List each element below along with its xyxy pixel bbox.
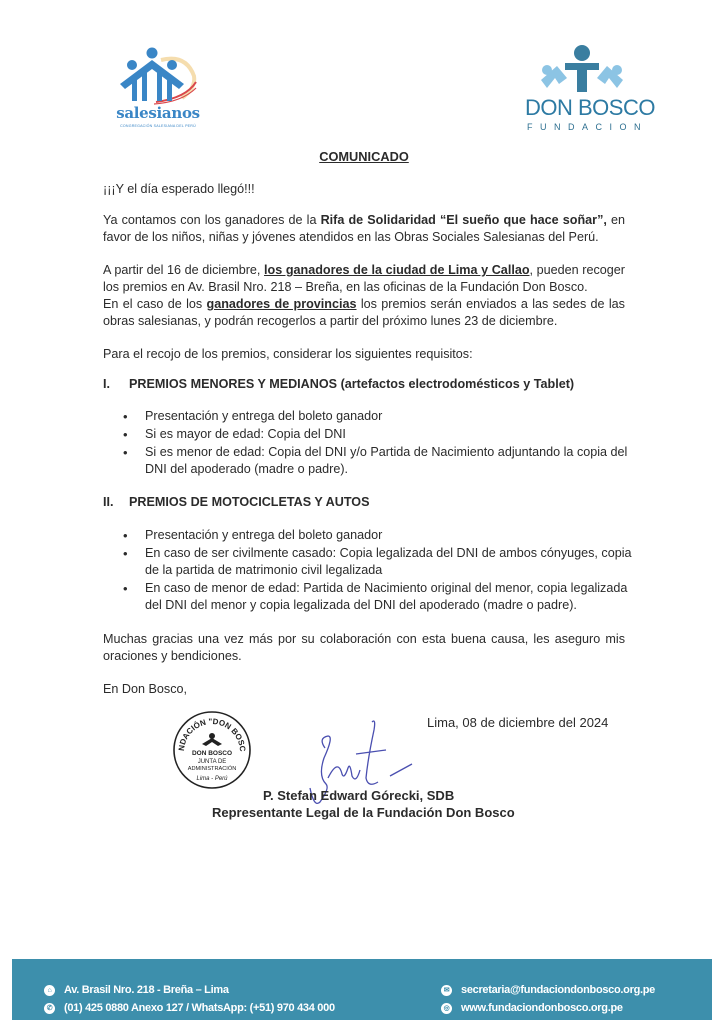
- footer-web[interactable]: ◎ www.fundaciondonbosco.org.pe: [441, 1002, 623, 1014]
- svg-text:FUNDACIÓN "DON BOSCO": FUNDACIÓN "DON BOSCO": [172, 710, 247, 752]
- don-bosco-logo-subtitle: FUNDACION: [527, 122, 639, 132]
- list-item: Si es menor de edad: Copia del DNI y/o P…: [123, 444, 633, 478]
- list-item: Presentación y entrega del boleto ganado…: [123, 408, 633, 425]
- signer-name: P. Stefan Edward Górecki, SDB: [263, 788, 454, 803]
- footer-address: ⌂ Av. Brasil Nro. 218 - Breña – Lima: [44, 984, 229, 996]
- list-item: Presentación y entrega del boleto ganado…: [123, 527, 633, 544]
- section-1-heading: I.PREMIOS MENORES Y MEDIANOS (artefactos…: [103, 376, 643, 393]
- raffle-name: Rifa de Solidaridad “El sueño que hace s…: [321, 213, 607, 227]
- section-2-heading: II.PREMIOS DE MOTOCICLETAS Y AUTOS: [103, 494, 643, 511]
- globe-icon: ◎: [441, 1003, 452, 1014]
- don-bosco-logo-text: DON BOSCO: [525, 95, 640, 121]
- provinces-winners-highlight: ganadores de provincias: [207, 297, 357, 311]
- salesianos-logo-text: salesianos: [108, 104, 208, 122]
- address-text: Av. Brasil Nro. 218 - Breña – Lima: [64, 984, 229, 996]
- footer-contact-bar: ⌂ Av. Brasil Nro. 218 - Breña – Lima ✆ (…: [12, 959, 712, 1020]
- section-number: II.: [103, 494, 129, 511]
- provinces-paragraph: En el caso de los ganadores de provincia…: [103, 296, 625, 330]
- website-link[interactable]: www.fundaciondonbosco.org.pe: [461, 1002, 623, 1014]
- footer-phone: ✆ (01) 425 0880 Anexo 127 / WhatsApp: (+…: [44, 1002, 335, 1014]
- email-link[interactable]: secretaria@fundaciondonbosco.org.pe: [461, 984, 655, 996]
- section-2-list: Presentación y entrega del boleto ganado…: [123, 527, 633, 615]
- svg-text:ADMINISTRACIÓN: ADMINISTRACIÓN: [188, 765, 236, 772]
- closing-paragraph: Muchas gracias una vez más por su colabo…: [103, 631, 625, 665]
- list-item: Si es mayor de edad: Copia del DNI: [123, 426, 633, 443]
- lima-paragraph: A partir del 16 de diciembre, los ganado…: [103, 262, 625, 296]
- intro-text: Ya contamos con los ganadores de la: [103, 213, 321, 227]
- phone-text: (01) 425 0880 Anexo 127 / WhatsApp: (+51…: [64, 1002, 335, 1014]
- list-item: En caso de ser civilmente casado: Copia …: [123, 545, 633, 579]
- don-bosco-logo: DON BOSCO FUNDACION: [525, 44, 640, 134]
- phone-icon: ✆: [44, 1003, 55, 1014]
- salesianos-logo-icon: [116, 46, 200, 106]
- svg-text:JUNTA DE: JUNTA DE: [198, 759, 227, 765]
- lima-winners-highlight: los ganadores de la ciudad de Lima y Cal…: [264, 263, 530, 277]
- requirements-intro: Para el recojo de los premios, considera…: [103, 346, 625, 363]
- lima-text: A partir del 16 de diciembre,: [103, 263, 264, 277]
- home-icon: ⌂: [44, 985, 55, 996]
- mail-icon: ✉: [441, 985, 452, 996]
- section-title: PREMIOS MENORES Y MEDIANOS (artefactos e…: [129, 377, 574, 391]
- section-number: I.: [103, 376, 129, 393]
- don-bosco-logo-icon: [537, 44, 627, 94]
- foundation-stamp-icon: FUNDACIÓN "DON BOSCO" DON BOSCO JUNTA DE…: [172, 710, 252, 790]
- svg-text:DON BOSCO: DON BOSCO: [192, 750, 232, 757]
- section-title: PREMIOS DE MOTOCICLETAS Y AUTOS: [129, 495, 369, 509]
- intro-paragraph: Ya contamos con los ganadores de la Rifa…: [103, 212, 625, 246]
- place-date: Lima, 08 de diciembre del 2024: [427, 715, 608, 730]
- svg-text:Lima - Perú: Lima - Perú: [196, 776, 228, 782]
- greeting: ¡¡¡Y el día esperado llegó!!!: [103, 181, 625, 198]
- salesianos-logo-subtitle: CONGREGACIÓN SALESIANA DEL PERÚ: [116, 124, 200, 128]
- section-1-list: Presentación y entrega del boleto ganado…: [123, 408, 633, 479]
- list-item: En caso de menor de edad: Partida de Nac…: [123, 580, 633, 614]
- signer-role: Representante Legal de la Fundación Don …: [212, 805, 515, 820]
- provinces-text: En el caso de los: [103, 297, 207, 311]
- farewell: En Don Bosco,: [103, 681, 625, 698]
- footer-email[interactable]: ✉ secretaria@fundaciondonbosco.org.pe: [441, 984, 655, 996]
- salesianos-logo: salesianos CONGREGACIÓN SALESIANA DEL PE…: [108, 46, 208, 132]
- document-title: COMUNICADO: [103, 148, 625, 165]
